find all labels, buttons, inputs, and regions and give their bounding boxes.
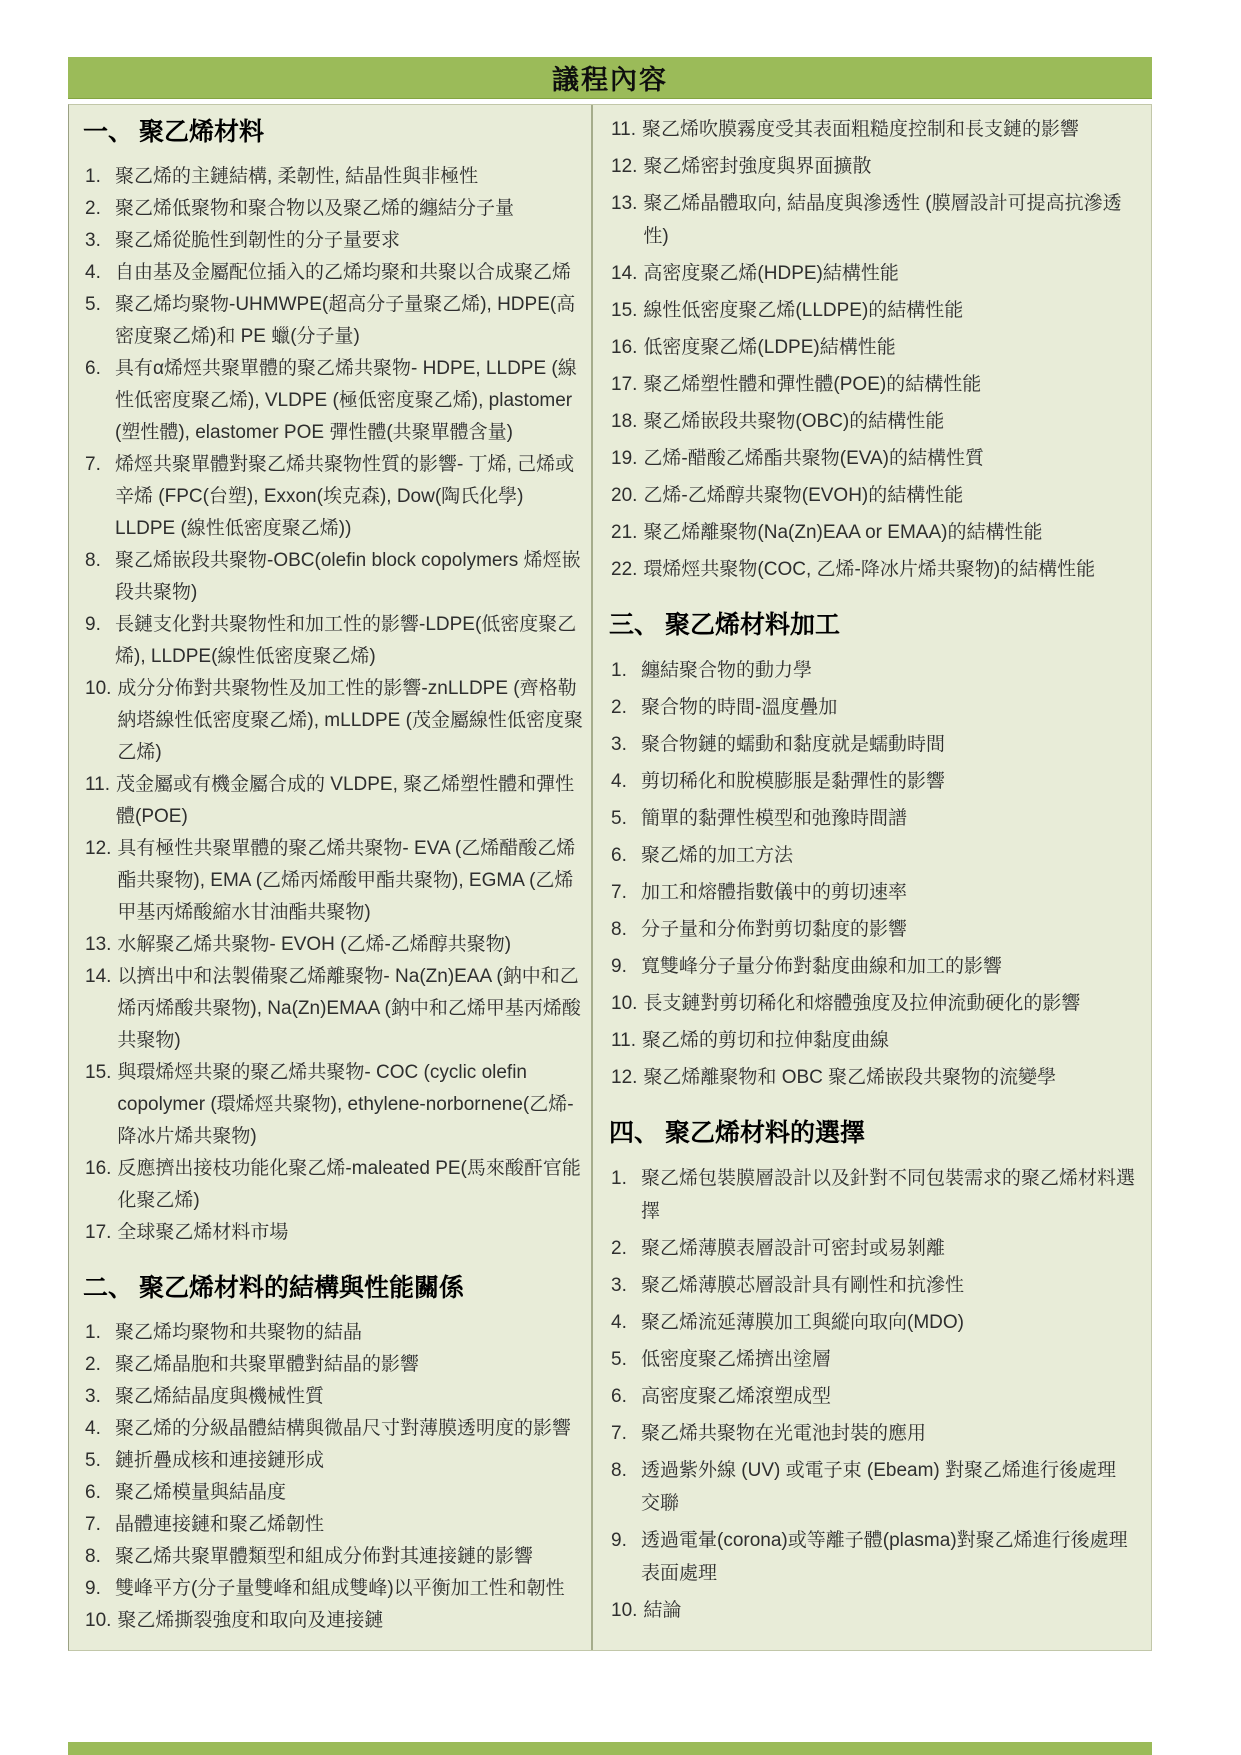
agenda-item: 6.具有α烯烴共聚單體的聚乙烯共聚物- HDPE, LLDPE (線性低密度聚乙… — [85, 353, 583, 449]
agenda-item: 12.聚乙烯密封強度與界面擴散 — [611, 150, 1135, 183]
item-text: 全球聚乙烯材料市場 — [117, 1217, 583, 1249]
agenda-item: 3.聚乙烯薄膜芯層設計具有剛性和抗滲性 — [611, 1269, 1135, 1302]
item-number: 7. — [611, 876, 641, 909]
agenda-item: 10.成分分佈對共聚物性及加工性的影響-znLLDPE (齊格勒納塔線性低密度聚… — [85, 673, 583, 769]
item-number: 9. — [611, 1524, 641, 1590]
item-number: 2. — [85, 193, 115, 225]
agenda-item: 12.聚乙烯離聚物和 OBC 聚乙烯嵌段共聚物的流變學 — [611, 1061, 1135, 1094]
item-text: 聚乙烯的加工方法 — [641, 839, 1135, 872]
item-text: 低密度聚乙烯(LDPE)結構性能 — [643, 331, 1135, 364]
item-text: 低密度聚乙烯擠出塗層 — [641, 1343, 1135, 1376]
agenda-item: 6.高密度聚乙烯滾塑成型 — [611, 1380, 1135, 1413]
item-number: 4. — [85, 1413, 115, 1445]
item-number: 14. — [85, 961, 117, 1057]
section-heading: 一、聚乙烯材料 — [83, 115, 583, 149]
item-text: 鏈折疊成核和連接鏈形成 — [115, 1445, 583, 1477]
item-number: 12. — [611, 150, 643, 183]
item-text: 長鏈支化對共聚物性和加工性的影響-LDPE(低密度聚乙烯), LLDPE(線性低… — [115, 609, 583, 673]
agenda-item: 5.簡單的黏彈性模型和弛豫時間譜 — [611, 802, 1135, 835]
item-text: 聚乙烯嵌段共聚物(OBC)的結構性能 — [643, 405, 1135, 438]
agenda-item: 13.水解聚乙烯共聚物- EVOH (乙烯-乙烯醇共聚物) — [85, 929, 583, 961]
item-text: 聚乙烯均聚物和共聚物的結晶 — [115, 1317, 583, 1349]
item-text: 聚合物鏈的蠕動和黏度就是蠕動時間 — [641, 728, 1135, 761]
agenda-item: 12.具有極性共聚單體的聚乙烯共聚物- EVA (乙烯醋酸乙烯酯共聚物), EM… — [85, 833, 583, 929]
item-number: 7. — [85, 449, 115, 545]
agenda-item: 8.聚乙烯嵌段共聚物-OBC(olefin block copolymers 烯… — [85, 545, 583, 609]
agenda-page: 議程內容 一、聚乙烯材料1.聚乙烯的主鏈結構, 柔韌性, 結晶性與非極性2.聚乙… — [68, 57, 1152, 1651]
agenda-item: 2.聚合物的時間-溫度疊加 — [611, 691, 1135, 724]
item-text: 聚乙烯晶胞和共聚單體對結晶的影響 — [115, 1349, 583, 1381]
agenda-item: 1.聚乙烯的主鏈結構, 柔韌性, 結晶性與非極性 — [85, 161, 583, 193]
agenda-item: 6.聚乙烯的加工方法 — [611, 839, 1135, 872]
item-text: 透過電暈(corona)或等離子體(plasma)對聚乙烯進行後處理表面處理 — [641, 1524, 1135, 1590]
item-number: 1. — [611, 654, 641, 687]
item-number: 16. — [611, 331, 643, 364]
agenda-item: 1.聚乙烯包裝膜層設計以及針對不同包裝需求的聚乙烯材料選擇 — [611, 1162, 1135, 1228]
agenda-item: 4.聚乙烯流延薄膜加工與縱向取向(MDO) — [611, 1306, 1135, 1339]
agenda-item: 11.茂金屬或有機金屬合成的 VLDPE, 聚乙烯塑性體和彈性體(POE) — [85, 769, 583, 833]
item-number: 4. — [85, 257, 115, 289]
item-text: 聚合物的時間-溫度疊加 — [641, 691, 1135, 724]
item-number: 1. — [611, 1162, 641, 1228]
section-title: 聚乙烯材料的結構與性能關係 — [139, 1271, 583, 1305]
section-number: 三、 — [609, 608, 665, 642]
item-text: 聚乙烯晶體取向, 結晶度與滲透性 (膜層設計可提高抗滲透性) — [643, 187, 1135, 253]
item-number: 11. — [611, 1024, 642, 1057]
agenda-item: 5.鏈折疊成核和連接鏈形成 — [85, 1445, 583, 1477]
agenda-item: 8.聚乙烯共聚單體類型和組成分佈對其連接鏈的影響 — [85, 1541, 583, 1573]
item-text: 結論 — [643, 1594, 1135, 1627]
agenda-item: 14.以擠出中和法製備聚乙烯離聚物- Na(Zn)EAA (鈉中和乙烯丙烯酸共聚… — [85, 961, 583, 1057]
agenda-item: 9.透過電暈(corona)或等離子體(plasma)對聚乙烯進行後處理表面處理 — [611, 1524, 1135, 1590]
item-number: 10. — [85, 1605, 117, 1637]
item-number: 9. — [85, 1573, 115, 1605]
item-text: 聚乙烯離聚物和 OBC 聚乙烯嵌段共聚物的流變學 — [643, 1061, 1135, 1094]
item-number: 15. — [611, 294, 643, 327]
item-text: 高密度聚乙烯(HDPE)結構性能 — [643, 257, 1135, 290]
item-text: 簡單的黏彈性模型和弛豫時間譜 — [641, 802, 1135, 835]
agenda-item: 7.加工和熔體指數儀中的剪切速率 — [611, 876, 1135, 909]
item-text: 聚乙烯模量與結晶度 — [115, 1477, 583, 1509]
item-text: 聚乙烯離聚物(Na(Zn)EAA or EMAA)的結構性能 — [643, 516, 1135, 549]
item-text: 聚乙烯薄膜芯層設計具有剛性和抗滲性 — [641, 1269, 1135, 1302]
item-number: 3. — [611, 1269, 641, 1302]
agenda-item: 17.全球聚乙烯材料市場 — [85, 1217, 583, 1249]
item-text: 與環烯烴共聚的聚乙烯共聚物- COC (cyclic olefin copoly… — [117, 1057, 583, 1153]
agenda-item: 10.結論 — [611, 1594, 1135, 1627]
item-number: 3. — [85, 1381, 115, 1413]
item-text: 晶體連接鏈和聚乙烯韌性 — [115, 1509, 583, 1541]
item-number: 10. — [611, 987, 643, 1020]
agenda-item: 7.聚乙烯共聚物在光電池封裝的應用 — [611, 1417, 1135, 1450]
agenda-item: 8.透過紫外線 (UV) 或電子束 (Ebeam) 對聚乙烯進行後處理交聯 — [611, 1454, 1135, 1520]
agenda-item: 15.線性低密度聚乙烯(LLDPE)的結構性能 — [611, 294, 1135, 327]
item-text: 聚乙烯從脆性到韌性的分子量要求 — [115, 225, 583, 257]
agenda-item: 20.乙烯-乙烯醇共聚物(EVOH)的結構性能 — [611, 479, 1135, 512]
item-text: 高密度聚乙烯滾塑成型 — [641, 1380, 1135, 1413]
agenda-column-right: 11.聚乙烯吹膜霧度受其表面粗糙度控制和長支鏈的影響12.聚乙烯密封強度與界面擴… — [593, 105, 1151, 1650]
item-number: 5. — [85, 1445, 115, 1477]
agenda-item: 22.環烯烴共聚物(COC, 乙烯-降冰片烯共聚物)的結構性能 — [611, 553, 1135, 586]
item-text: 聚乙烯包裝膜層設計以及針對不同包裝需求的聚乙烯材料選擇 — [641, 1162, 1135, 1228]
item-text: 分子量和分佈對剪切黏度的影響 — [641, 913, 1135, 946]
item-text: 水解聚乙烯共聚物- EVOH (乙烯-乙烯醇共聚物) — [117, 929, 583, 961]
item-text: 茂金屬或有機金屬合成的 VLDPE, 聚乙烯塑性體和彈性體(POE) — [116, 769, 583, 833]
section-title: 聚乙烯材料 — [139, 115, 583, 149]
item-text: 纏結聚合物的動力學 — [641, 654, 1135, 687]
agenda-item: 10.長支鏈對剪切稀化和熔體強度及拉伸流動硬化的影響 — [611, 987, 1135, 1020]
agenda-item: 13.聚乙烯晶體取向, 結晶度與滲透性 (膜層設計可提高抗滲透性) — [611, 187, 1135, 253]
item-text: 聚乙烯的剪切和拉伸黏度曲線 — [642, 1024, 1135, 1057]
item-number: 9. — [611, 950, 641, 983]
item-text: 雙峰平方(分子量雙峰和組成雙峰)以平衡加工性和韌性 — [115, 1573, 583, 1605]
item-text: 聚乙烯低聚物和聚合物以及聚乙烯的纏結分子量 — [115, 193, 583, 225]
item-text: 聚乙烯密封強度與界面擴散 — [643, 150, 1135, 183]
item-number: 13. — [611, 187, 643, 253]
item-text: 聚乙烯薄膜表層設計可密封或易剝離 — [641, 1232, 1135, 1265]
item-text: 聚乙烯共聚物在光電池封裝的應用 — [641, 1417, 1135, 1450]
agenda-item: 6.聚乙烯模量與結晶度 — [85, 1477, 583, 1509]
item-text: 透過紫外線 (UV) 或電子束 (Ebeam) 對聚乙烯進行後處理交聯 — [641, 1454, 1135, 1520]
item-text: 聚乙烯均聚物-UHMWPE(超高分子量聚乙烯), HDPE(高密度聚乙烯)和 P… — [115, 289, 583, 353]
agenda-item: 14.高密度聚乙烯(HDPE)結構性能 — [611, 257, 1135, 290]
item-number: 6. — [611, 1380, 641, 1413]
agenda-item: 2.聚乙烯晶胞和共聚單體對結晶的影響 — [85, 1349, 583, 1381]
section-title: 聚乙烯材料加工 — [665, 608, 1135, 642]
agenda-item: 2.聚乙烯薄膜表層設計可密封或易剝離 — [611, 1232, 1135, 1265]
agenda-item: 10.聚乙烯撕裂強度和取向及連接鏈 — [85, 1605, 583, 1637]
item-text: 聚乙烯流延薄膜加工與縱向取向(MDO) — [641, 1306, 1135, 1339]
page-title: 議程內容 — [552, 58, 668, 97]
item-number: 10. — [85, 673, 117, 769]
item-text: 聚乙烯的主鏈結構, 柔韌性, 結晶性與非極性 — [115, 161, 583, 193]
item-text: 寬雙峰分子量分佈對黏度曲線和加工的影響 — [641, 950, 1135, 983]
item-number: 2. — [85, 1349, 115, 1381]
item-number: 17. — [85, 1217, 117, 1249]
item-number: 12. — [85, 833, 117, 929]
item-number: 3. — [611, 728, 641, 761]
agenda-item: 1.纏結聚合物的動力學 — [611, 654, 1135, 687]
item-text: 聚乙烯撕裂強度和取向及連接鏈 — [117, 1605, 583, 1637]
item-number: 2. — [611, 691, 641, 724]
item-number: 7. — [85, 1509, 115, 1541]
agenda-item: 4.聚乙烯的分級晶體結構與微晶尺寸對薄膜透明度的影響 — [85, 1413, 583, 1445]
item-text: 聚乙烯共聚單體類型和組成分佈對其連接鏈的影響 — [115, 1541, 583, 1573]
item-number: 1. — [85, 161, 115, 193]
item-number: 21. — [611, 516, 643, 549]
item-number: 11. — [611, 113, 642, 146]
item-text: 長支鏈對剪切稀化和熔體強度及拉伸流動硬化的影響 — [643, 987, 1135, 1020]
item-text: 乙烯-乙烯醇共聚物(EVOH)的結構性能 — [643, 479, 1135, 512]
agenda-item: 4.剪切稀化和脫模膨脹是黏彈性的影響 — [611, 765, 1135, 798]
agenda-item: 16.反應擠出接枝功能化聚乙烯-maleated PE(馬來酸酐官能化聚乙烯) — [85, 1153, 583, 1217]
item-number: 19. — [611, 442, 643, 475]
agenda-item: 7.烯烴共聚單體對聚乙烯共聚物性質的影響- 丁烯, 己烯或辛烯 (FPC(台塑)… — [85, 449, 583, 545]
agenda-item: 19.乙烯-醋酸乙烯酯共聚物(EVA)的結構性質 — [611, 442, 1135, 475]
item-text: 聚乙烯的分級晶體結構與微晶尺寸對薄膜透明度的影響 — [115, 1413, 583, 1445]
agenda-item: 7.晶體連接鏈和聚乙烯韌性 — [85, 1509, 583, 1541]
item-number: 12. — [611, 1061, 643, 1094]
item-text: 反應擠出接枝功能化聚乙烯-maleated PE(馬來酸酐官能化聚乙烯) — [117, 1153, 583, 1217]
item-number: 8. — [611, 913, 641, 946]
item-text: 聚乙烯塑性體和彈性體(POE)的結構性能 — [643, 368, 1135, 401]
item-number: 22. — [611, 553, 643, 586]
item-text: 乙烯-醋酸乙烯酯共聚物(EVA)的結構性質 — [643, 442, 1135, 475]
item-number: 5. — [611, 1343, 641, 1376]
item-number: 5. — [611, 802, 641, 835]
item-number: 18. — [611, 405, 643, 438]
agenda-item: 9.長鏈支化對共聚物性和加工性的影響-LDPE(低密度聚乙烯), LLDPE(線… — [85, 609, 583, 673]
item-text: 線性低密度聚乙烯(LLDPE)的結構性能 — [643, 294, 1135, 327]
item-number: 3. — [85, 225, 115, 257]
agenda-item: 1.聚乙烯均聚物和共聚物的結晶 — [85, 1317, 583, 1349]
item-number: 6. — [85, 1477, 115, 1509]
item-number: 9. — [85, 609, 115, 673]
agenda-item: 3.聚乙烯結晶度與機械性質 — [85, 1381, 583, 1413]
agenda-body: 一、聚乙烯材料1.聚乙烯的主鏈結構, 柔韌性, 結晶性與非極性2.聚乙烯低聚物和… — [68, 104, 1152, 1651]
item-number: 2. — [611, 1232, 641, 1265]
item-number: 10. — [611, 1594, 643, 1627]
item-number: 4. — [611, 1306, 641, 1339]
item-number: 5. — [85, 289, 115, 353]
item-text: 以擠出中和法製備聚乙烯離聚物- Na(Zn)EAA (鈉中和乙烯丙烯酸共聚物),… — [117, 961, 583, 1057]
agenda-item: 18.聚乙烯嵌段共聚物(OBC)的結構性能 — [611, 405, 1135, 438]
agenda-item: 5.聚乙烯均聚物-UHMWPE(超高分子量聚乙烯), HDPE(高密度聚乙烯)和… — [85, 289, 583, 353]
agenda-item: 11.聚乙烯的剪切和拉伸黏度曲線 — [611, 1024, 1135, 1057]
item-number: 8. — [85, 1541, 115, 1573]
item-number: 6. — [611, 839, 641, 872]
section-number: 四、 — [609, 1116, 665, 1150]
section-heading: 三、聚乙烯材料加工 — [609, 608, 1135, 642]
agenda-item: 8.分子量和分佈對剪切黏度的影響 — [611, 913, 1135, 946]
agenda-header-bar: 議程內容 — [68, 57, 1152, 99]
item-number: 8. — [85, 545, 115, 609]
item-number: 1. — [85, 1317, 115, 1349]
agenda-column-left: 一、聚乙烯材料1.聚乙烯的主鏈結構, 柔韌性, 結晶性與非極性2.聚乙烯低聚物和… — [69, 105, 593, 1650]
section-number: 二、 — [83, 1271, 139, 1305]
item-text: 剪切稀化和脫模膨脹是黏彈性的影響 — [641, 765, 1135, 798]
agenda-item: 5.低密度聚乙烯擠出塗層 — [611, 1343, 1135, 1376]
agenda-item: 15.與環烯烴共聚的聚乙烯共聚物- COC (cyclic olefin cop… — [85, 1057, 583, 1153]
agenda-item: 17.聚乙烯塑性體和彈性體(POE)的結構性能 — [611, 368, 1135, 401]
item-text: 聚乙烯嵌段共聚物-OBC(olefin block copolymers 烯烴嵌… — [115, 545, 583, 609]
item-number: 14. — [611, 257, 643, 290]
item-number: 13. — [85, 929, 117, 961]
item-text: 加工和熔體指數儀中的剪切速率 — [641, 876, 1135, 909]
item-number: 4. — [611, 765, 641, 798]
footer-green-bar — [68, 1742, 1152, 1755]
agenda-item: 16.低密度聚乙烯(LDPE)結構性能 — [611, 331, 1135, 364]
item-number: 8. — [611, 1454, 641, 1520]
agenda-item: 3.聚乙烯從脆性到韌性的分子量要求 — [85, 225, 583, 257]
agenda-item: 21.聚乙烯離聚物(Na(Zn)EAA or EMAA)的結構性能 — [611, 516, 1135, 549]
item-number: 7. — [611, 1417, 641, 1450]
agenda-item: 11.聚乙烯吹膜霧度受其表面粗糙度控制和長支鏈的影響 — [611, 113, 1135, 146]
item-text: 具有α烯烴共聚單體的聚乙烯共聚物- HDPE, LLDPE (線性低密度聚乙烯)… — [115, 353, 583, 449]
agenda-item: 9.寬雙峰分子量分佈對黏度曲線和加工的影響 — [611, 950, 1135, 983]
section-number: 一、 — [83, 115, 139, 149]
item-text: 聚乙烯結晶度與機械性質 — [115, 1381, 583, 1413]
item-text: 聚乙烯吹膜霧度受其表面粗糙度控制和長支鏈的影響 — [642, 113, 1135, 146]
item-number: 16. — [85, 1153, 117, 1217]
section-title: 聚乙烯材料的選擇 — [665, 1116, 1135, 1150]
agenda-item: 2.聚乙烯低聚物和聚合物以及聚乙烯的纏結分子量 — [85, 193, 583, 225]
agenda-item: 9.雙峰平方(分子量雙峰和組成雙峰)以平衡加工性和韌性 — [85, 1573, 583, 1605]
item-text: 自由基及金屬配位插入的乙烯均聚和共聚以合成聚乙烯 — [115, 257, 583, 289]
item-number: 15. — [85, 1057, 117, 1153]
agenda-item: 4.自由基及金屬配位插入的乙烯均聚和共聚以合成聚乙烯 — [85, 257, 583, 289]
item-text: 具有極性共聚單體的聚乙烯共聚物- EVA (乙烯醋酸乙烯酯共聚物), EMA (… — [117, 833, 583, 929]
item-text: 成分分佈對共聚物性及加工性的影響-znLLDPE (齊格勒納塔線性低密度聚乙烯)… — [117, 673, 583, 769]
item-number: 20. — [611, 479, 643, 512]
item-text: 環烯烴共聚物(COC, 乙烯-降冰片烯共聚物)的結構性能 — [643, 553, 1135, 586]
section-heading: 四、聚乙烯材料的選擇 — [609, 1116, 1135, 1150]
item-number: 6. — [85, 353, 115, 449]
item-number: 11. — [85, 769, 116, 833]
item-text: 烯烴共聚單體對聚乙烯共聚物性質的影響- 丁烯, 己烯或辛烯 (FPC(台塑), … — [115, 449, 583, 545]
section-heading: 二、聚乙烯材料的結構與性能關係 — [83, 1271, 583, 1305]
agenda-item: 3.聚合物鏈的蠕動和黏度就是蠕動時間 — [611, 728, 1135, 761]
item-number: 17. — [611, 368, 643, 401]
